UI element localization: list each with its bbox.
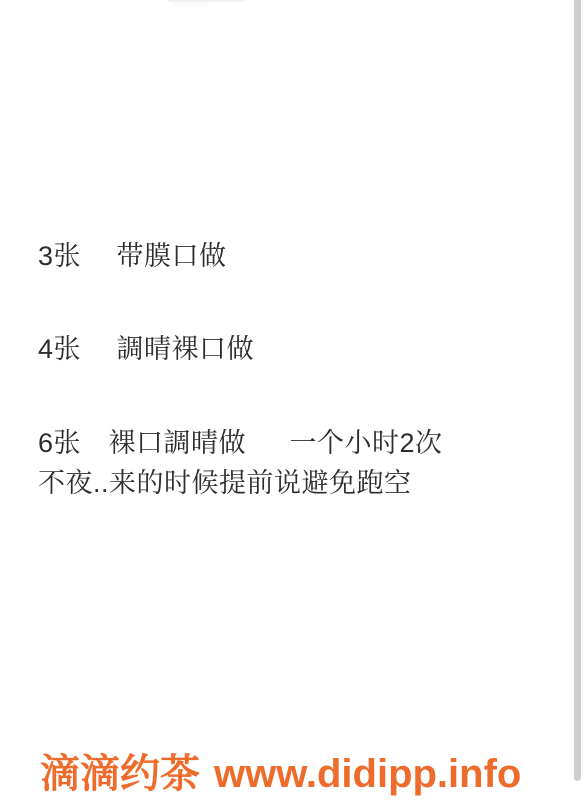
scrollbar-thumb[interactable] (574, 0, 581, 781)
text-line: 6张 裸口調晴做 一个小时2次 (38, 429, 443, 457)
text-line: 3张 带膜口做 (38, 242, 227, 270)
page: { "page": { "background_color": "#ffffff… (0, 0, 587, 800)
text-line: 不夜..来的时候提前说避免跑空 (38, 469, 412, 497)
top-edge-smudge (172, 2, 208, 7)
watermark: 滴滴约茶www.didipp.info (40, 742, 521, 799)
text-line: 4张 調晴裸口做 (38, 335, 254, 363)
watermark-url: www.didipp.info (214, 752, 521, 796)
watermark-brand: 滴滴约茶 (40, 752, 200, 796)
